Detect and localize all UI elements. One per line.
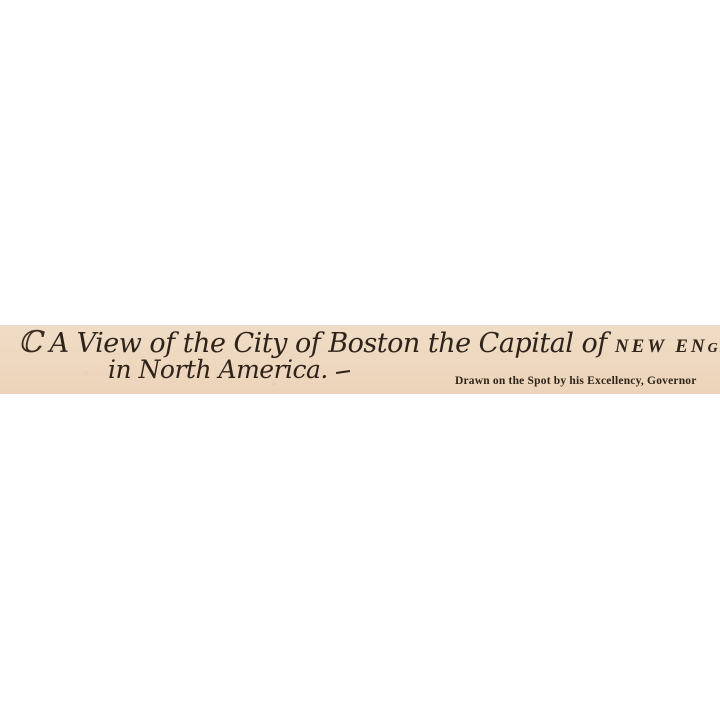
engraved-title-strip: ℂ A View of the City of Boston the Capit… bbox=[0, 325, 720, 394]
title-caps-new: NEW bbox=[615, 336, 667, 357]
title-line-2-text: in North America. bbox=[108, 355, 328, 384]
title-caps-gland: GLAND bbox=[708, 341, 720, 356]
title-line-2: in North America. bbox=[108, 355, 350, 384]
dash-flourish-icon bbox=[336, 370, 350, 374]
credit-line: Drawn on the Spot by his Excellency, Gov… bbox=[455, 375, 697, 387]
title-caps-en: EN bbox=[675, 336, 707, 357]
flourish-icon: ℂ bbox=[18, 325, 41, 360]
